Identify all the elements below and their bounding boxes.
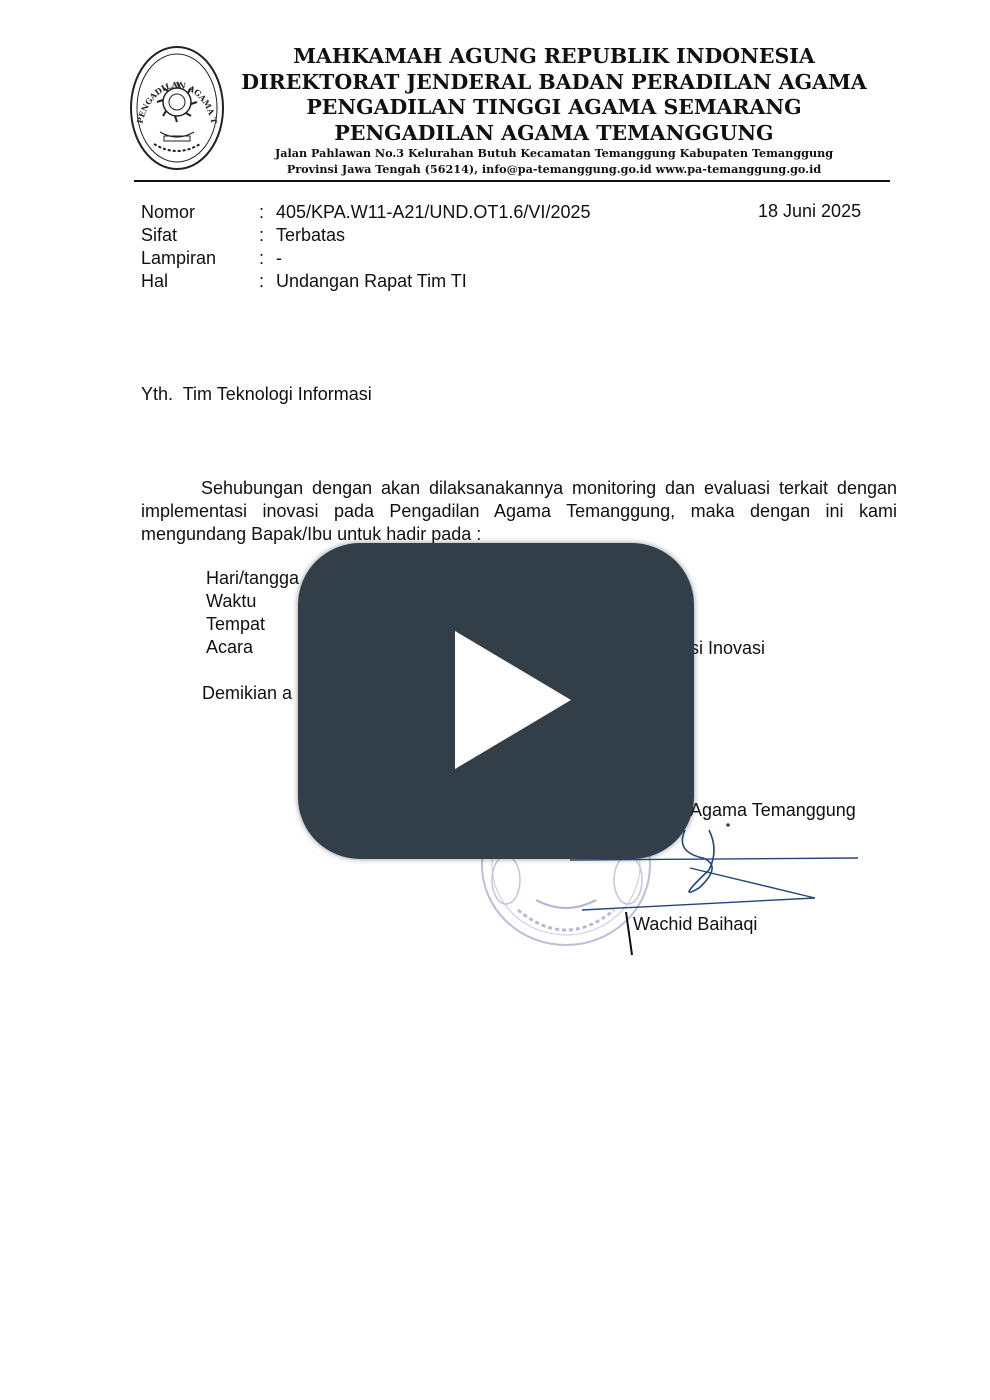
- detail-label-hari: Hari/tangga: [206, 568, 299, 589]
- meta-colon: :: [259, 270, 264, 293]
- meta-value-hal: Undangan Rapat Tim TI: [276, 270, 467, 293]
- meta-colon: :: [259, 247, 264, 270]
- meta-colon: :: [259, 224, 264, 247]
- letterhead-line-1: MAHKAMAH AGUNG REPUBLIK INDONESIA: [0, 44, 990, 68]
- body-paragraph: Sehubungan dengan akan dilaksanakannya m…: [141, 477, 897, 546]
- letterhead-contact: Provinsi Jawa Tengah (56214), info@pa-te…: [0, 162, 990, 176]
- letterhead-divider: [134, 180, 890, 182]
- detail-label-acara: Acara: [206, 637, 253, 658]
- letterhead-address: Jalan Pahlawan No.3 Kelurahan Butuh Keca…: [0, 146, 990, 160]
- meta-value-sifat: Terbatas: [276, 224, 345, 247]
- letter-date: 18 Juni 2025: [758, 201, 861, 222]
- signatory-name: Wachid Baihaqi: [633, 914, 757, 935]
- letterhead-line-2: DIREKTORAT JENDERAL BADAN PERADILAN AGAM…: [0, 70, 990, 94]
- letterhead-line-4: PENGADILAN AGAMA TEMANGGUNG: [0, 121, 990, 145]
- meta-label-lampiran: Lampiran: [141, 247, 216, 270]
- play-icon: [455, 631, 571, 769]
- meta-value-nomor: 405/KPA.W11-A21/UND.OT1.6/VI/2025: [276, 201, 590, 224]
- meta-label-sifat: Sifat: [141, 224, 177, 247]
- recipient: Yth. Tim Teknologi Informasi: [141, 384, 372, 405]
- closing-text: Demikian a: [202, 683, 292, 704]
- meta-value-lampiran: -: [276, 247, 282, 270]
- meta-label-nomor: Nomor: [141, 201, 195, 224]
- meta-colon: :: [259, 201, 264, 224]
- meta-label-hal: Hal: [141, 270, 168, 293]
- letterhead-line-3: PENGADILAN TINGGI AGAMA SEMARANG: [0, 95, 990, 119]
- detail-label-waktu: Waktu: [206, 591, 256, 612]
- signature-title: Agama Temanggung: [690, 800, 856, 821]
- detail-label-tempat: Tempat: [206, 614, 265, 635]
- detail-value-acara: si Inovasi: [690, 638, 765, 659]
- play-button[interactable]: [298, 543, 694, 859]
- body-paragraph-text: Sehubungan dengan akan dilaksanakannya m…: [141, 478, 897, 544]
